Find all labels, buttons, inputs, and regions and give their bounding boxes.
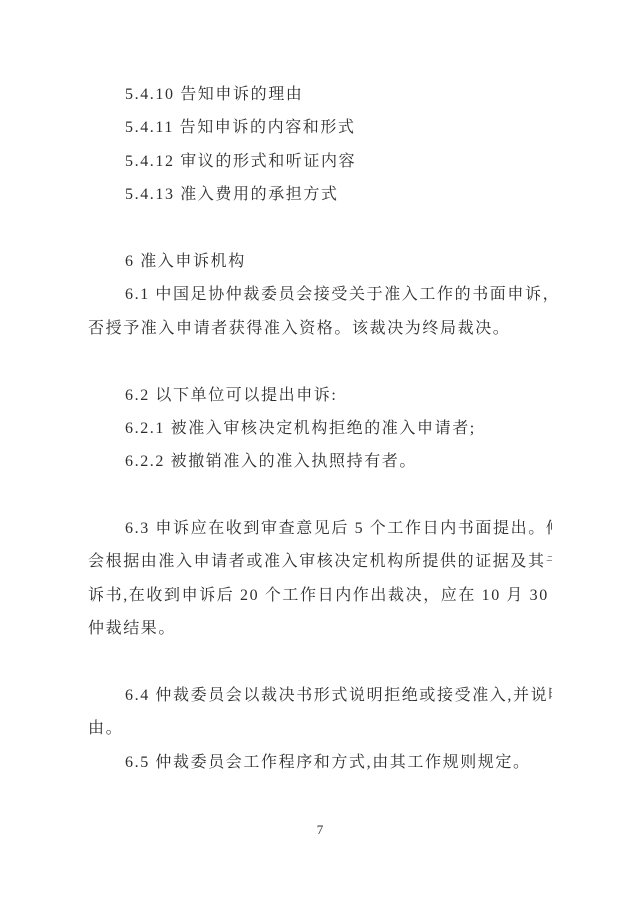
text-line: 6.3 申诉应在收到审查意见后 5 个工作日内书面提出。仲裁委员 xyxy=(88,512,552,545)
blank-line xyxy=(88,646,552,679)
text-line: 6.2 以下单位可以提出申诉: xyxy=(88,379,552,412)
text-line: 6 准入申诉机构 xyxy=(88,245,552,278)
text-line: 6.5 仲裁委员会工作程序和方式,由其工作规则规定。 xyxy=(88,746,552,779)
blank-line xyxy=(88,345,552,378)
text-line: 由。 xyxy=(88,712,552,745)
text-line: 否授予准入申请者获得准入资格。该裁决为终局裁决。 xyxy=(88,312,552,345)
text-line: 会根据由准入申请者或准入审核决定机构所提供的证据及其书面申 xyxy=(88,545,552,578)
text-line: 6.2.2 被撤销准入的准入执照持有者。 xyxy=(88,445,552,478)
text-line: 5.4.10 告知申诉的理由 xyxy=(88,78,552,111)
text-line: 6.2.1 被准入审核决定机构拒绝的准入申请者; xyxy=(88,412,552,445)
blank-line xyxy=(88,212,552,245)
document-body: 5.4.10 告知申诉的理由5.4.11 告知申诉的内容和形式5.4.12 审议… xyxy=(88,78,552,779)
text-line: 5.4.13 准入费用的承担方式 xyxy=(88,178,552,211)
text-line: 诉书,在收到申诉后 20 个工作日内作出裁决，应在 10 月 30 日前公布 xyxy=(88,579,552,612)
document-page: 5.4.10 告知申诉的理由5.4.11 告知申诉的内容和形式5.4.12 审议… xyxy=(0,0,640,905)
text-line: 6.1 中国足协仲裁委员会接受关于准入工作的书面申诉，裁决是 xyxy=(88,278,552,311)
blank-line xyxy=(88,479,552,512)
text-line: 5.4.11 告知申诉的内容和形式 xyxy=(88,111,552,144)
text-line: 5.4.12 审议的形式和听证内容 xyxy=(88,145,552,178)
text-line: 6.4 仲裁委员会以裁决书形式说明拒绝或接受准入,并说明相应理 xyxy=(88,679,552,712)
page-number: 7 xyxy=(0,820,640,840)
text-line: 仲裁结果。 xyxy=(88,612,552,645)
